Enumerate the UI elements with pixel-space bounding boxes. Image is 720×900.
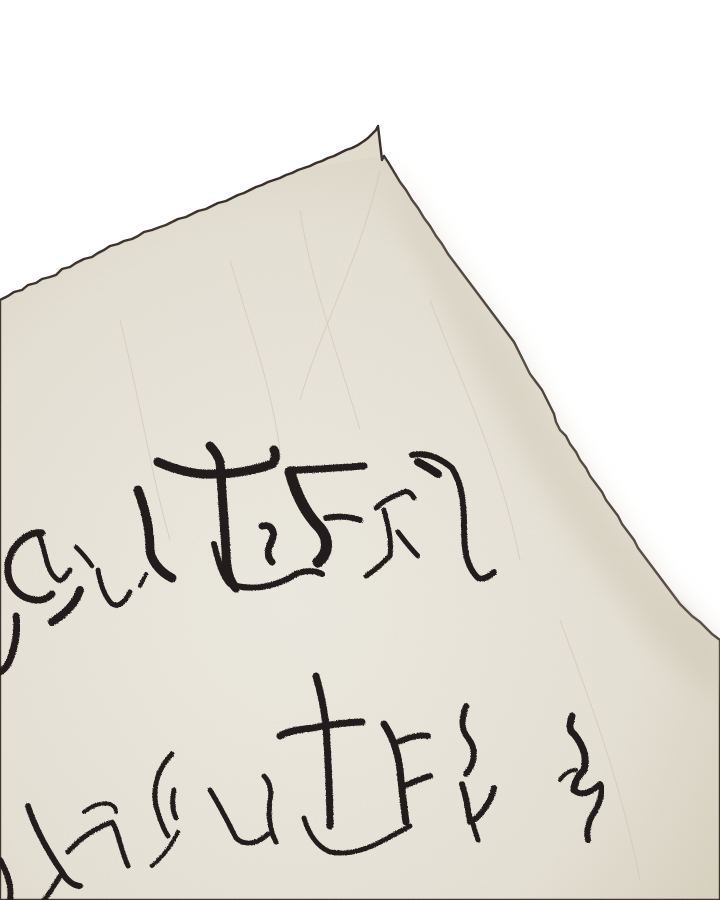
parchment-scene: Torn parchment sheet with two lines of i… — [0, 0, 720, 900]
parchment-artwork — [0, 0, 720, 900]
